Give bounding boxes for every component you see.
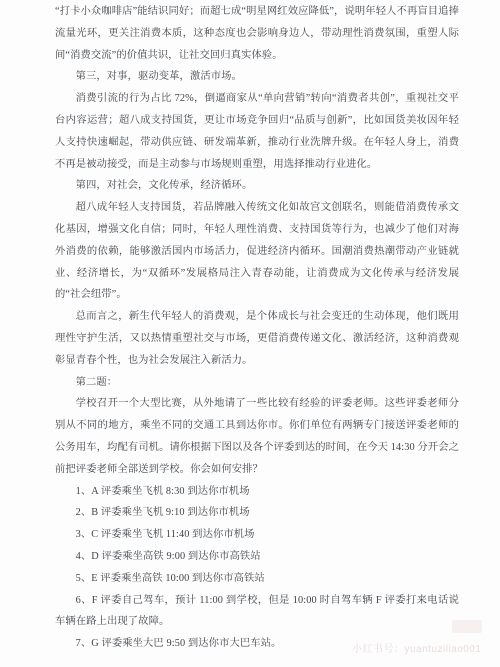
para-conclusion: 总而言之，新生代年轻人的消费观，是个体成长与社会变迁的生动体现，他们既用理性守护…: [55, 306, 459, 371]
heading-point-4: 第四，对社会，文化传承，经济循环。: [55, 175, 459, 197]
list-item-5: 5、E 评委乘坐高铁 10:00 到达你市高铁站: [55, 568, 459, 590]
list-item-2: 2、B 评委乘坐飞机 9:10 到达你市机场: [55, 502, 459, 524]
para-question-2-intro: 学校召开一个大型比赛，从外地请了一些比较有经验的评委老师。这些评委老师分别从不同…: [55, 393, 459, 480]
heading-question-2: 第二题：: [55, 372, 459, 394]
para-point-3-body: 消费引流的行为占比 72%，倒逼商家从“单向营销”转向“消费者共创”，重视社交平…: [55, 88, 459, 175]
para-intro-continuation: “打卡小众咖啡店”能结识同好；而超七成“明星网红效应降低”，说明年轻人不再盲目追…: [55, 1, 459, 66]
document-page: “打卡小众咖啡店”能结识同好；而超七成“明星网红效应降低”，说明年轻人不再盲目追…: [0, 0, 500, 667]
watermark-smudge: [452, 620, 482, 633]
list-item-4: 4、D 评委乘坐高铁 9:00 到达你市高铁站: [55, 546, 459, 568]
list-item-3: 3、C 评委乘坐飞机 11:40 到达你市机场: [55, 524, 459, 546]
list-item-1: 1、A 评委乘坐飞机 8:30 到达你市机场: [55, 481, 459, 503]
watermark: 小红书号：yuantuziliao001: [352, 640, 482, 655]
document-body: “打卡小众咖啡店”能结识同好；而超七成“明星网红效应降低”，说明年轻人不再盲目追…: [55, 1, 459, 655]
heading-point-3: 第三，对事，驱动变革，激活市场。: [55, 66, 459, 88]
list-item-6: 6、F 评委自己驾车，预计 11:00 到学校，但是 10:00 时自驾车辆 F…: [55, 590, 459, 634]
para-point-4-body: 超八成年轻人支持国货，若品牌融入传统文化如故宫文创联名，则能借消费传承文化基因，…: [55, 197, 459, 306]
